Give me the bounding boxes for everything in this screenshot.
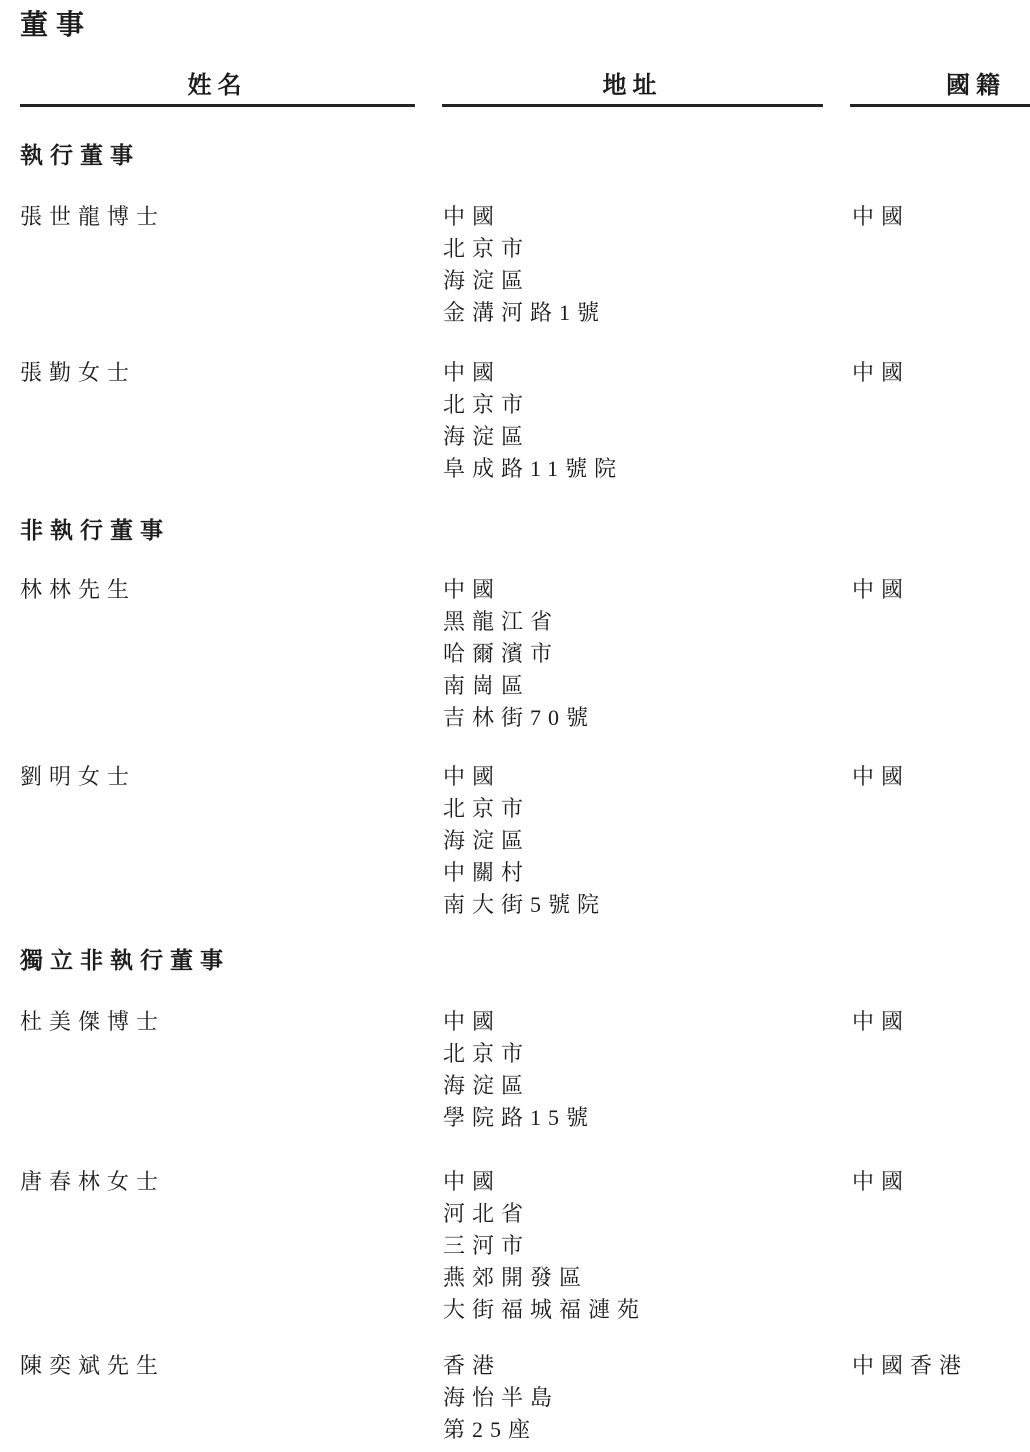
address-line: 北京市 (443, 1038, 823, 1070)
column-header-nationality: 國籍 (850, 68, 1030, 104)
director-address: 香港 海怡半島 第25座 (443, 1350, 823, 1446)
header-rule-nationality (850, 104, 1030, 107)
address-line: 南崗區 (443, 670, 823, 702)
column-header-address: 地址 (442, 68, 823, 104)
director-nationality: 中國 (852, 1006, 1030, 1038)
section-label-non-executive-directors: 非執行董事 (20, 515, 170, 547)
document-page: 董事 姓名 地址 國籍 執行董事 張世龍博士 中國 北京市 海淀區 金溝河路1號… (0, 0, 1030, 1452)
page-title: 董事 (20, 6, 92, 46)
address-line: 南大街5號院 (443, 889, 823, 921)
address-line: 學院路15號 (443, 1102, 823, 1134)
address-line: 海淀區 (443, 265, 823, 297)
director-name: 杜美傑博士 (20, 1006, 420, 1038)
header-rule-name (20, 104, 415, 107)
address-line: 北京市 (443, 793, 823, 825)
director-name: 林林先生 (20, 574, 420, 606)
director-nationality: 中國香港 (852, 1350, 1030, 1382)
address-line: 中國 (443, 1166, 823, 1198)
director-name: 劉明女士 (20, 761, 420, 793)
director-address: 中國 北京市 海淀區 金溝河路1號 (443, 201, 823, 329)
address-line: 阜成路11號院 (443, 453, 823, 485)
address-line: 海淀區 (443, 421, 823, 453)
director-nationality: 中國 (852, 574, 1030, 606)
address-line: 中國 (443, 201, 823, 233)
director-nationality: 中國 (852, 201, 1030, 233)
director-nationality: 中國 (852, 357, 1030, 389)
director-name: 陳奕斌先生 (20, 1350, 420, 1382)
address-line: 燕郊開發區 (443, 1262, 823, 1294)
address-line: 三河市 (443, 1230, 823, 1262)
header-rule-address (442, 104, 823, 107)
address-line: 海淀區 (443, 1070, 823, 1102)
director-address: 中國 河北省 三河市 燕郊開發區 大街福城福漣苑 (443, 1166, 823, 1326)
section-label-independent-non-executive-directors: 獨立非執行董事 (20, 945, 230, 977)
column-header-name: 姓名 (20, 68, 415, 104)
address-line: 大街福城福漣苑 (443, 1294, 823, 1326)
address-line: 北京市 (443, 389, 823, 421)
director-name: 張勤女士 (20, 357, 420, 389)
address-line: 第25座 (443, 1414, 823, 1446)
address-line: 北京市 (443, 233, 823, 265)
address-line: 河北省 (443, 1198, 823, 1230)
address-line: 哈爾濱市 (443, 638, 823, 670)
director-address: 中國 黑龍江省 哈爾濱市 南崗區 吉林街70號 (443, 574, 823, 734)
address-line: 吉林街70號 (443, 702, 823, 734)
address-line: 中關村 (443, 857, 823, 889)
director-name: 張世龍博士 (20, 201, 420, 233)
address-line: 中國 (443, 357, 823, 389)
director-nationality: 中國 (852, 761, 1030, 793)
address-line: 海淀區 (443, 825, 823, 857)
address-line: 中國 (443, 761, 823, 793)
address-line: 中國 (443, 574, 823, 606)
director-address: 中國 北京市 海淀區 阜成路11號院 (443, 357, 823, 485)
director-address: 中國 北京市 海淀區 中關村 南大街5號院 (443, 761, 823, 921)
address-line: 黑龍江省 (443, 606, 823, 638)
director-name: 唐春林女士 (20, 1166, 420, 1198)
address-line: 中國 (443, 1006, 823, 1038)
section-label-executive-directors: 執行董事 (20, 140, 140, 172)
director-address: 中國 北京市 海淀區 學院路15號 (443, 1006, 823, 1134)
director-nationality: 中國 (852, 1166, 1030, 1198)
address-line: 海怡半島 (443, 1382, 823, 1414)
address-line: 金溝河路1號 (443, 297, 823, 329)
address-line: 香港 (443, 1350, 823, 1382)
